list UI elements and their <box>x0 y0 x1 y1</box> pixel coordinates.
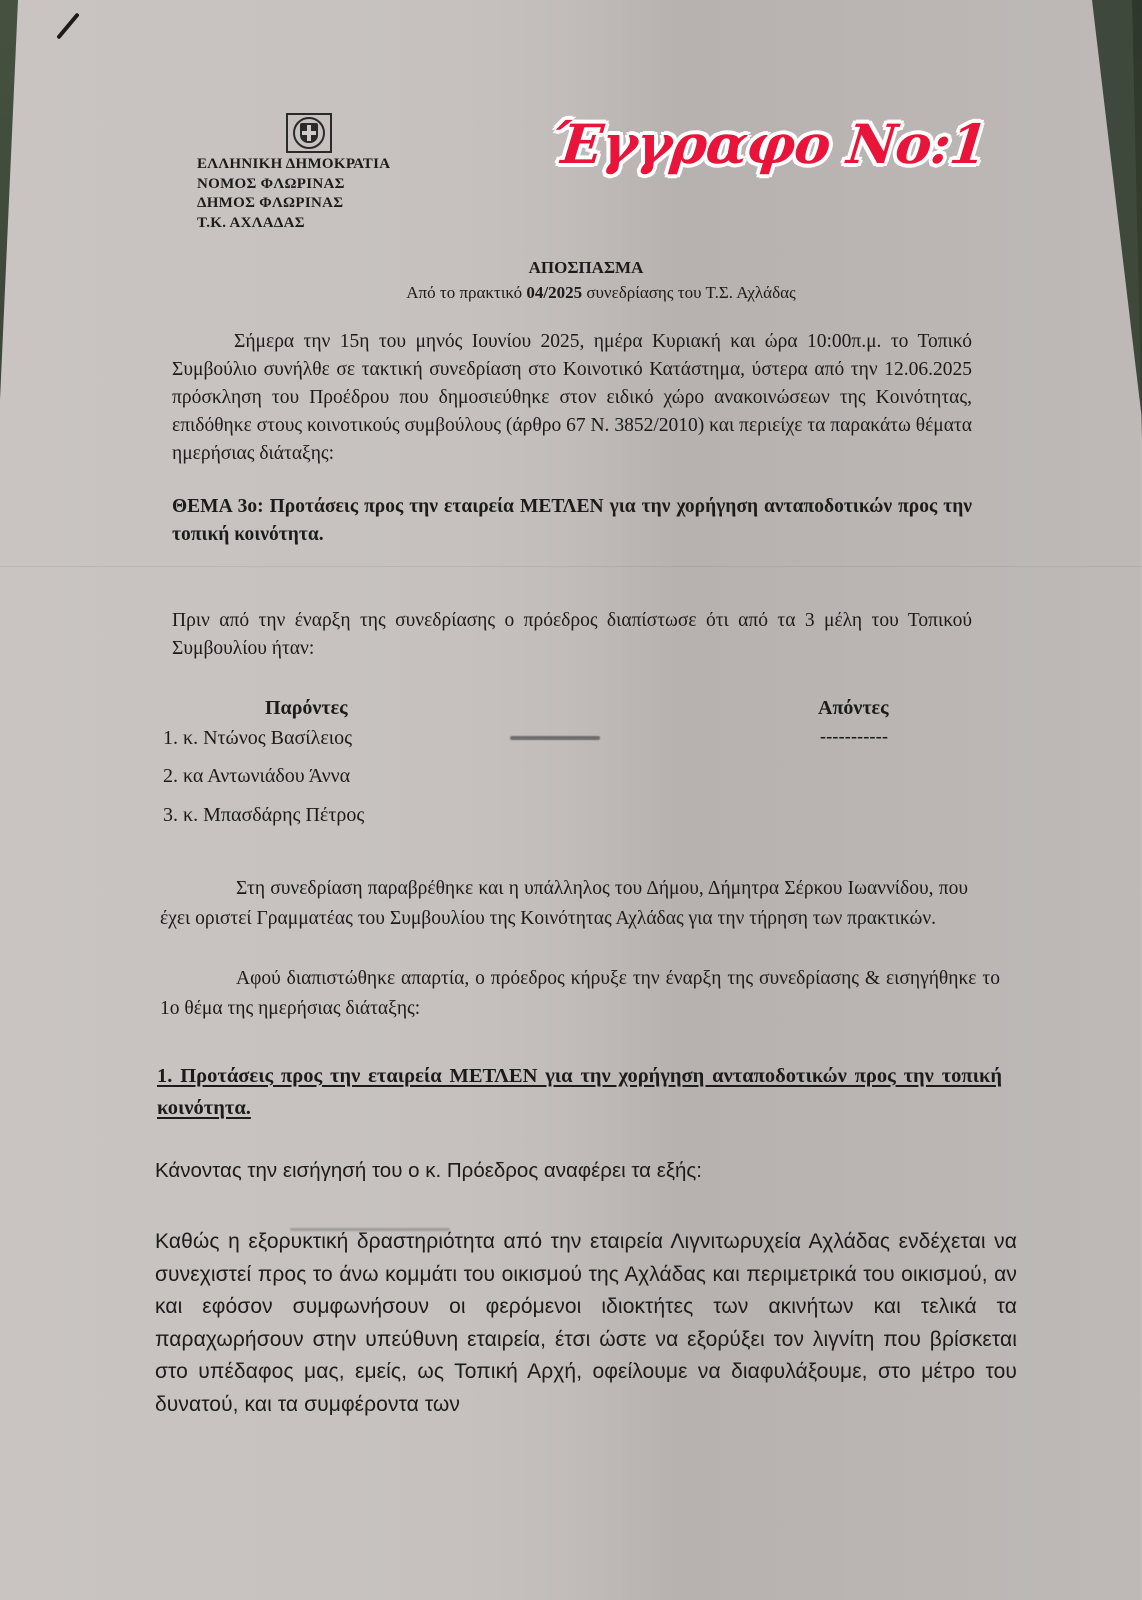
subtitle-prefix: Από το πρακτικό <box>406 283 526 302</box>
proposal-intro: Κάνοντας την εισήγησή του ο κ. Πρόεδρος … <box>155 1159 975 1183</box>
paper-fold <box>0 566 1142 567</box>
agenda-topic: ΘΕΜΑ 3ο: Προτάσεις προς την εταιρεία ΜΕΤ… <box>172 493 972 549</box>
document-number-stamp: Έγγραφο No:1 <box>549 112 990 176</box>
header-line-municipality: ΔΗΜΟΣ ΦΛΩΡΙΝΑΣ <box>197 194 390 214</box>
quorum-intro-paragraph: Πριν από την έναρξη της συνεδρίασης ο πρ… <box>172 607 972 663</box>
present-member: 2. κα Αντωνιάδου Άννα <box>163 765 350 788</box>
greek-coat-of-arms-icon <box>286 113 332 153</box>
emblem-cross-shield <box>300 123 318 143</box>
present-member: 3. κ. Μπασδάρης Πέτρος <box>163 804 364 827</box>
document-title: ΑΠΟΣΠΑΣΜΑ <box>0 258 1142 278</box>
ink-smudge <box>510 736 600 740</box>
header-line-prefecture: ΝΟΜΟΣ ΦΛΩΡΙΝΑΣ <box>197 175 390 195</box>
body-paragraph: Καθώς η εξορυκτική δραστηριότητα από την… <box>155 1226 1017 1421</box>
issuer-header: ΕΛΛΗΝΙΚΗ ΔΗΜΟΚΡΑΤΙΑ ΝΟΜΟΣ ΦΛΩΡΙΝΑΣ ΔΗΜΟΣ… <box>197 155 390 233</box>
present-members-header: Παρόντες <box>265 697 348 720</box>
absent-members-header: Απόντες <box>818 697 889 720</box>
document-subtitle: Από το πρακτικό 04/2025 συνεδρίασης του … <box>0 283 1142 303</box>
quorum-paragraph: Αφού διαπιστώθηκε απαρτία, ο πρόεδρος κή… <box>160 964 1000 1024</box>
section-heading: 1. Προτάσεις προς την εταιρεία ΜΕΤΛΕΝ γι… <box>157 1060 1002 1124</box>
subtitle-suffix: συνεδρίασης του Τ.Σ. Αχλάδας <box>582 283 796 302</box>
emblem-wreath <box>293 117 325 149</box>
minutes-number: 04/2025 <box>526 283 582 302</box>
intro-paragraph: Σήμερα την 15η του μηνός Ιουνίου 2025, η… <box>172 328 972 468</box>
absent-members-none: ----------- <box>820 726 888 747</box>
secretary-paragraph: Στη συνεδρίαση παραβρέθηκε και η υπάλληλ… <box>160 874 968 934</box>
present-member: 1. κ. Ντώνος Βασίλειος <box>163 727 352 750</box>
header-line-republic: ΕΛΛΗΝΙΚΗ ΔΗΜΟΚΡΑΤΙΑ <box>197 155 390 175</box>
header-line-community: Τ.Κ. ΑΧΛΑΔΑΣ <box>197 214 390 234</box>
